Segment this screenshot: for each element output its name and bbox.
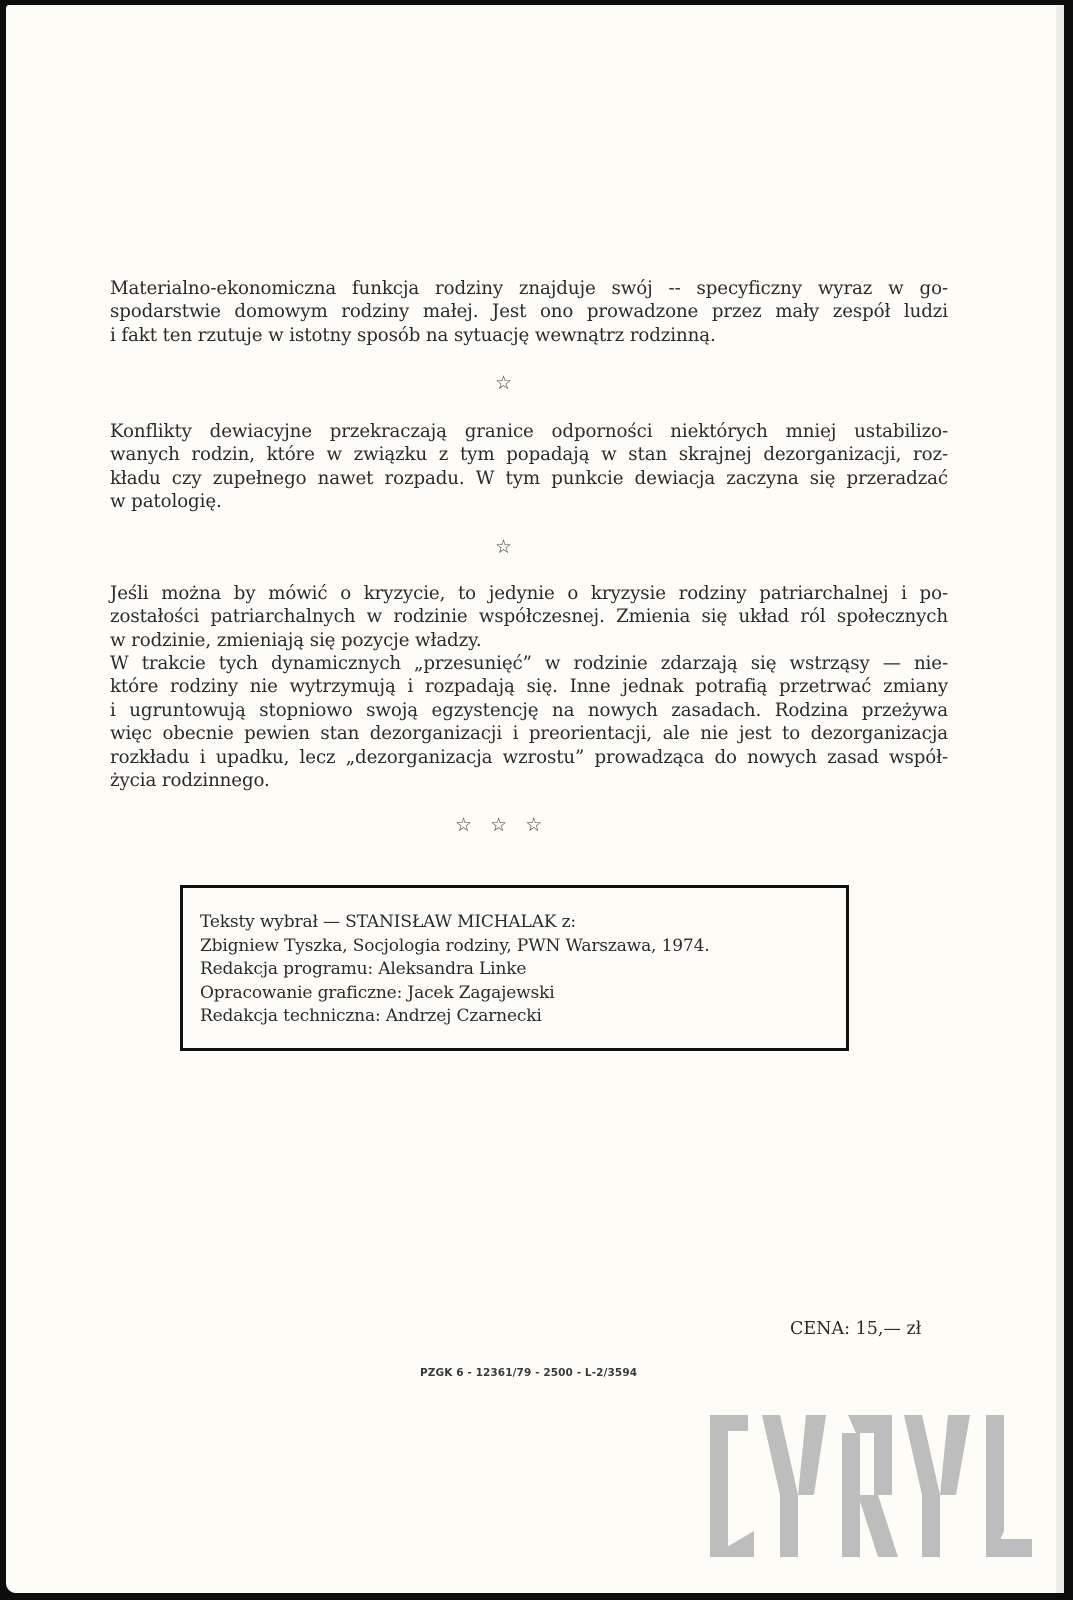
- page-edge: [1056, 5, 1064, 1593]
- credit-program-editor: Redakcja programu: Aleksandra Linke: [200, 958, 710, 982]
- text-line: i fakt ten rzutuje w istotny sposób na s…: [110, 324, 948, 347]
- text-line: spodarstwie domowym rodziny małej. Jest …: [110, 300, 948, 323]
- credit-selected-by: Teksty wybrał — STANISŁAW MICHALAK z:: [200, 911, 710, 935]
- text-line: Materialno-ekonomiczna funkcja rodziny z…: [110, 277, 948, 300]
- text-line: w patologię.: [110, 490, 948, 513]
- credit-source: Zbigniew Tyszka, Socjologia rodziny, PWN…: [200, 935, 710, 959]
- text-line: i ugruntowują stopniowo swoją egzystencj…: [110, 699, 948, 722]
- text-line: więc obecnie pewien stan dezorganizacji …: [110, 722, 948, 745]
- text-line: życia rodzinnego.: [110, 769, 948, 792]
- paragraph-3: Jeśli można by mówić o kryzycie, to jedy…: [110, 582, 948, 652]
- text-line: Konflikty dewiacyjne przekraczają granic…: [110, 420, 948, 443]
- text-line: Jeśli można by mówić o kryzycie, to jedy…: [110, 582, 948, 605]
- credit-technical-editor: Redakcja techniczna: Andrzej Czarnecki: [200, 1005, 710, 1029]
- cyryl-logo-icon: [710, 1415, 1035, 1561]
- paragraph-1: Materialno-ekonomiczna funkcja rodziny z…: [110, 277, 948, 347]
- text-line: wanych rodzin, które w związku z tym pop…: [110, 443, 948, 466]
- credits-box: Teksty wybrał — STANISŁAW MICHALAK z: Zb…: [180, 885, 849, 1051]
- paragraph-2: Konflikty dewiacyjne przekraczają granic…: [110, 420, 948, 514]
- triple-star-separator-icon: ☆ ☆ ☆: [455, 816, 542, 835]
- text-line: zostałości patriarchalnych w rodzinie ws…: [110, 605, 948, 628]
- text-line: które rodziny nie wytrzymują i rozpadają…: [110, 675, 948, 698]
- star-separator-icon: ☆: [495, 374, 512, 393]
- star-separator-icon: ☆: [495, 538, 512, 557]
- price-label: CENA: 15,— zł: [790, 1319, 921, 1339]
- paragraph-4: W trakcie tych dynamicznych „przesunięć”…: [110, 652, 948, 792]
- text-line: w rodzinie, zmieniają się pozycje władzy…: [110, 629, 948, 652]
- credit-graphic-design: Opracowanie graficzne: Jacek Zagajewski: [200, 982, 710, 1006]
- text-line: kładu czy zupełnego nawet rozpadu. W tym…: [110, 467, 948, 490]
- text-line: W trakcie tych dynamicznych „przesunięć”…: [110, 652, 948, 675]
- text-line: rozkładu i upadku, lecz „dezorganizacja …: [110, 746, 948, 769]
- document-page: Materialno-ekonomiczna funkcja rodziny z…: [6, 5, 1064, 1593]
- print-code: PZGK 6 - 12361/79 - 2500 - L-2/3594: [420, 1367, 637, 1379]
- credits-list: Teksty wybrał — STANISŁAW MICHALAK z: Zb…: [200, 911, 710, 1029]
